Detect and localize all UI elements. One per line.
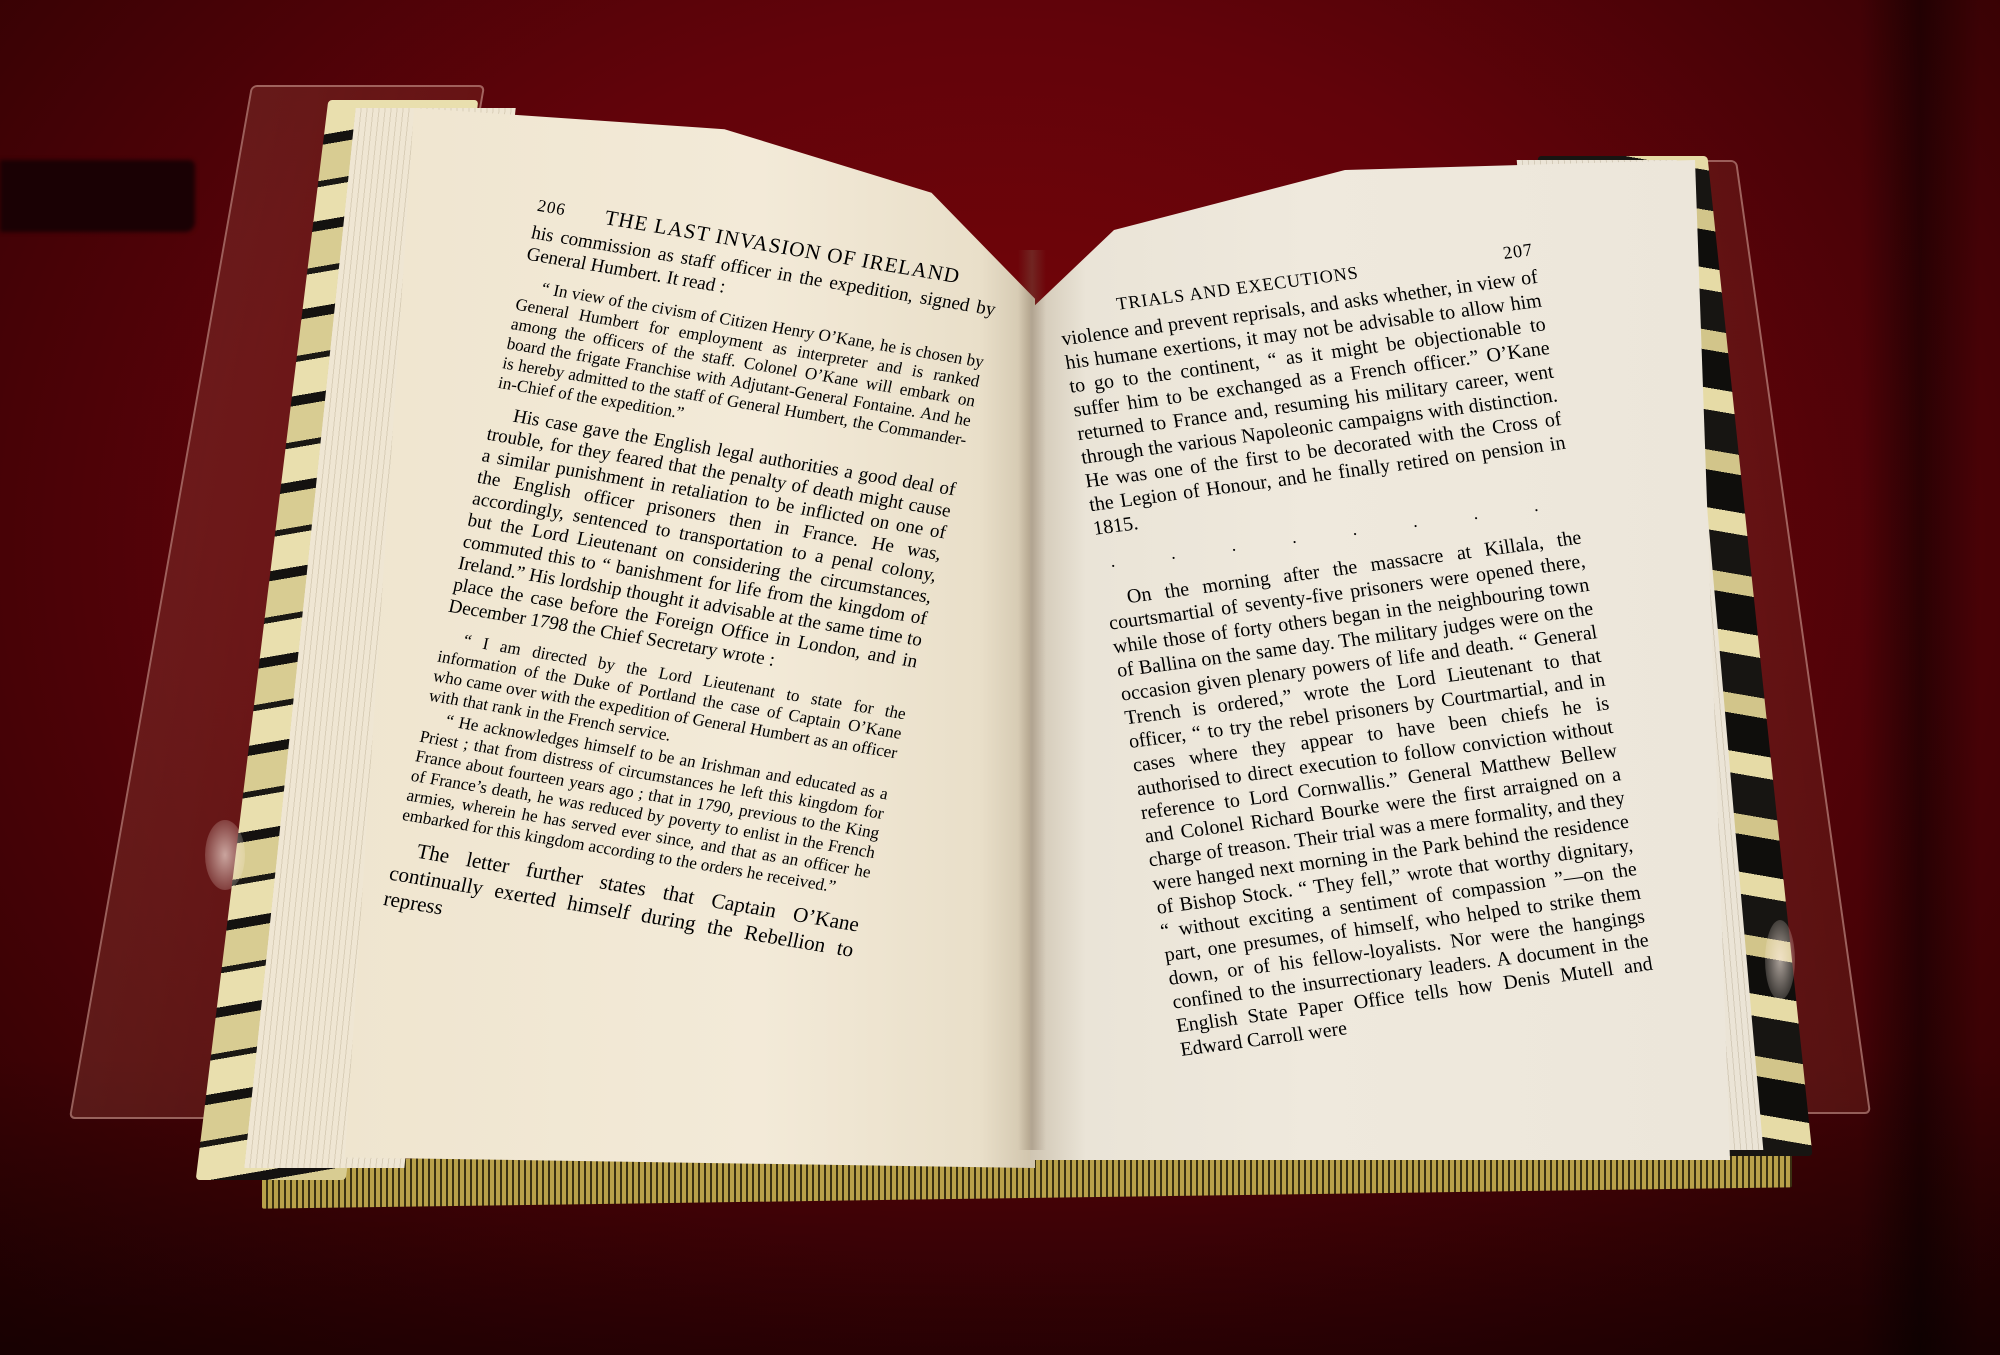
velvet-dark-fold [0,160,195,232]
page-number-right: 207 [1501,237,1535,265]
paragraph: On the morning after the massacre at Kil… [1103,526,1658,1062]
book-gutter [1018,250,1046,1150]
acrylic-glare-left [205,820,245,890]
acrylic-glare-right [1765,920,1795,1000]
page-number-left: 206 [535,195,568,221]
